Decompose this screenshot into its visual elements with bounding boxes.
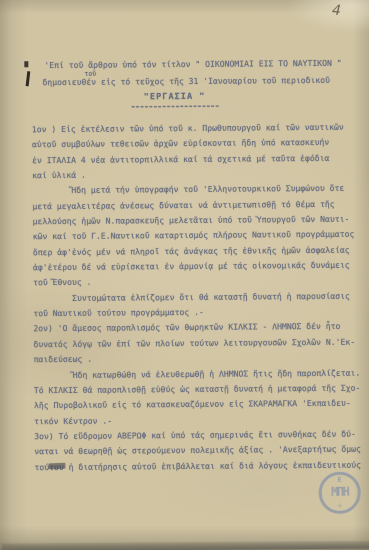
separator-dashes: -------------------- bbox=[0, 101, 351, 114]
page-tilt-wrapper: 4 'Επί τοῦ ἄρθρου ὑπό τόν τίτλον " ΟΙΚΟΝ… bbox=[0, 0, 369, 550]
stamp-cross-icon: ✛ bbox=[322, 502, 358, 510]
header-line-1: 'Επί τοῦ ἄρθρου ὑπό τόν τίτλον " ΟΙΚΟΝΟΜ… bbox=[44, 58, 341, 70]
binding-mark bbox=[24, 61, 28, 67]
body-text: 1ον ) Εἰς ἐκτέλεσιν τῶν ὑπό τοῦ κ. Πρωθυ… bbox=[32, 120, 369, 476]
body-line: λῆς Πυροβολικοῦ εἰς τό κατασκευαζόμενον … bbox=[34, 396, 369, 414]
binding-mark bbox=[26, 71, 31, 86]
scanned-document-page: 4 'Επί τοῦ ἄρθρου ὑπό τόν τίτλον " ΟΙΚΟΝ… bbox=[0, 0, 369, 550]
stamp-monogram: ΜΠΗ bbox=[322, 486, 358, 499]
overstrike-correction-mark bbox=[48, 463, 65, 470]
handwritten-page-number: 4 bbox=[331, 3, 341, 20]
archive-stamp: Ε ΜΠΗ ✛ bbox=[319, 472, 361, 514]
header-line-2: δημοσιευθέν εἰς τό τεῦχος τῆς 31 'Ιανουα… bbox=[42, 75, 330, 87]
body-line: δυνατός λόγῳ τῶν ἐπί τῶν πλοίων τούτων λ… bbox=[33, 334, 369, 352]
stamp-top-letter: Ε bbox=[322, 477, 358, 484]
body-line: ἐν ΙΤΑΛΙΑ 4 νέα ἀντιτορπιλλικά καί τά σχ… bbox=[32, 150, 368, 168]
body-line: ἀφ'ἑτέρου δέ νά εὑρίσκεται ἐν ἁρμονίᾳ μέ… bbox=[33, 258, 369, 276]
body-line: Συντομώτατα ἐλπίζομεν ὅτι θά καταστῇ δυν… bbox=[33, 288, 369, 306]
document-header: 'Επί τοῦ ἄρθρου ὑπό τόν τίτλον " ΟΙΚΟΝΟΜ… bbox=[0, 0, 367, 1]
scan-edge-shadow bbox=[2, 541, 369, 550]
body-line: τούτου ἡ διατήρησις αὐτοῦ ἐπιβάλλεται κα… bbox=[34, 457, 369, 475]
